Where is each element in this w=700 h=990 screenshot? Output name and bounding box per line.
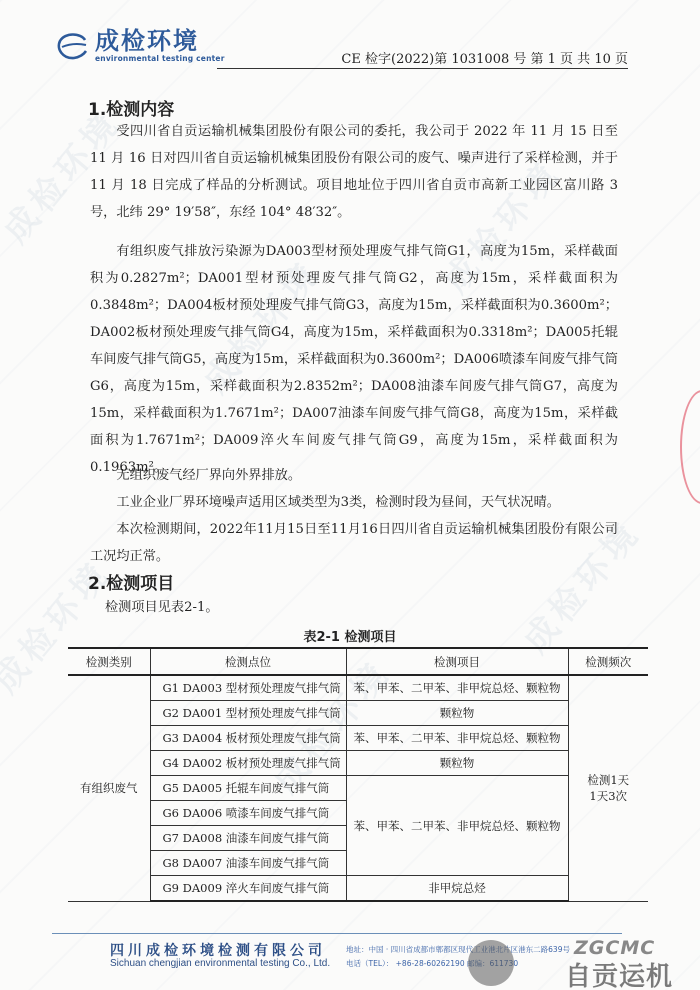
frequency-cell: 检测1天 1天3次 [568,675,648,901]
footer-company-name-en: Sichuan chengjian environmental testing … [110,958,330,969]
brand-watermark-badge-icon [468,940,514,986]
point-cell: G5 DA005 托辊车间废气排气筒 [150,776,346,801]
paragraph: 受四川省自贡运输机械集团股份有限公司的委托，我公司于 2022 年 11 月 1… [90,118,618,226]
point-cell: G9 DA009 淬火车间废气排气筒 [150,876,346,902]
items-cell: 苯、甲苯、二甲苯、非甲烷总烃、颗粒物 [346,776,568,876]
red-seal-stamp [680,390,700,504]
point-cell: G3 DA004 板材预处理废气排气筒 [150,726,346,751]
table-row: G5 DA005 托辊车间废气排气筒 苯、甲苯、二甲苯、非甲烷总烃、颗粒物 [68,776,648,801]
detection-items-table: 检测类别 检测点位 检测项目 检测频次 有组织废气 G1 DA003 型材预处理… [68,647,648,902]
table-caption: 表2-1 检测项目 [0,626,700,645]
point-cell: G2 DA001 型材预处理废气排气筒 [150,701,346,726]
document-reference: CE 检字(2022)第 1031008 号 第 1 页 共 10 页 [341,48,628,67]
paragraph: 本次检测期间，2022年11月15日至11月16日四川省自贡运输机械集团股份有限… [90,516,618,570]
table-row: G9 DA009 淬火车间废气排气筒 非甲烷总烃 [68,876,648,902]
company-logo: 成检环境 environmental testing center [55,28,225,63]
point-cell: G6 DA006 喷漆车间废气排气筒 [150,801,346,826]
section-title: 2.检测项目 [88,569,174,594]
section-title: 1.检测内容 [88,95,174,120]
column-header: 检测项目 [346,648,568,675]
items-cell: 苯、甲苯、二甲苯、非甲烷总烃、颗粒物 [346,726,568,751]
column-header: 检测类别 [68,648,150,675]
paragraph: 工业企业厂界环境噪声适用区域类型为3类，检测时段为昼间，天气状况晴。 [90,489,618,516]
footer-company-name: 四川成检环境检测有限公司 [110,940,326,960]
paragraph: 无组织废气经厂界向外界排放。 [90,462,618,489]
footer-address: 地址：中国 · 四川省成都市郫都区现代工业港北片区港东二路639号 [346,944,570,955]
items-cell: 颗粒物 [346,751,568,776]
table-row: G2 DA001 型材预处理废气排气筒 颗粒物 [68,701,648,726]
paragraph: 检测项目见表2-1。 [105,594,633,621]
logo-subtitle: environmental testing center [95,54,225,63]
point-cell: G8 DA007 油漆车间废气排气筒 [150,851,346,876]
paragraph: 有组织废气排放污染源为DA003型材预处理废气排气筒G1，高度为15m，采样截面… [90,238,618,481]
point-cell: G7 DA008 油漆车间废气排气筒 [150,826,346,851]
table-row: G3 DA004 板材预处理废气排气筒 苯、甲苯、二甲苯、非甲烷总烃、颗粒物 [68,726,648,751]
logo-title: 成检环境 [95,28,225,54]
point-cell: G1 DA003 型材预处理废气排气筒 [150,675,346,701]
header-divider [217,68,628,69]
category-cell: 有组织废气 [68,675,150,901]
table-row: G4 DA002 板材预处理废气排气筒 颗粒物 [68,751,648,776]
column-header: 检测点位 [150,648,346,675]
table-row: 有组织废气 G1 DA003 型材预处理废气排气筒 苯、甲苯、二甲苯、非甲烷总烃… [68,675,648,701]
column-header: 检测频次 [568,648,648,675]
brand-watermark-cn: 自贡运机 [565,956,673,990]
items-cell: 颗粒物 [346,701,568,726]
point-cell: G4 DA002 板材预处理废气排气筒 [150,751,346,776]
items-cell: 苯、甲苯、二甲苯、非甲烷总烃、颗粒物 [346,675,568,701]
frequency-line: 检测1天 [573,772,645,788]
logo-e-icon [55,31,91,61]
frequency-line: 1天3次 [573,788,645,804]
footer-divider [52,933,622,934]
items-cell: 非甲烷总烃 [346,876,568,902]
